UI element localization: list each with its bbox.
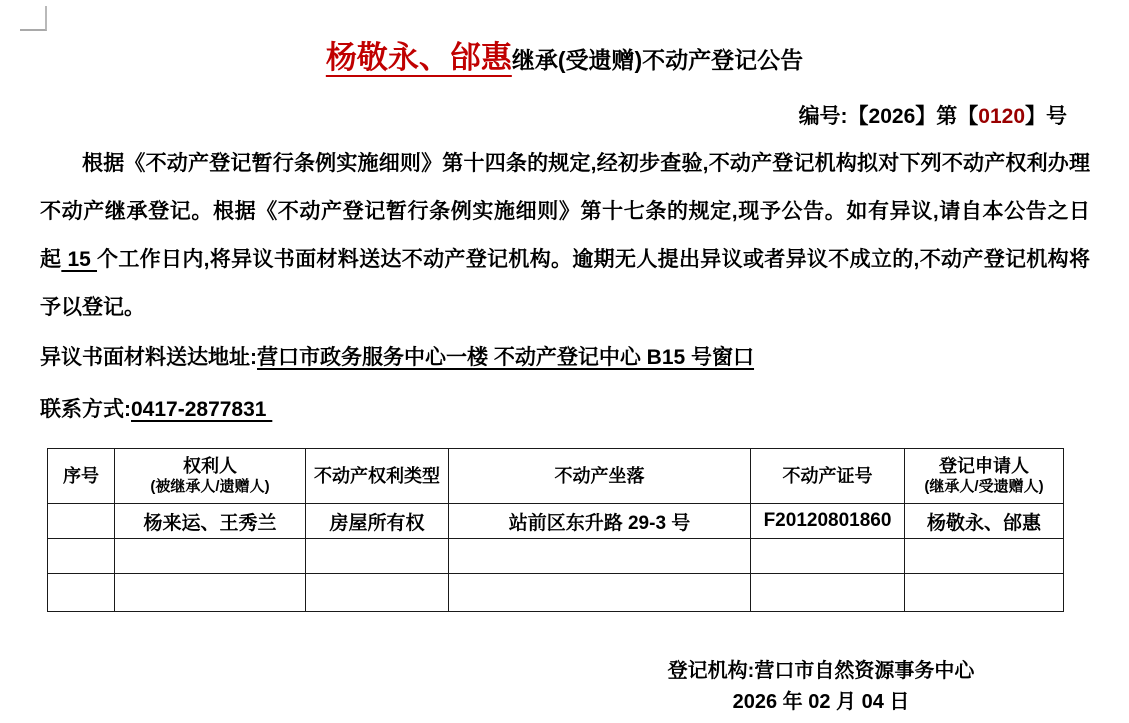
cell-certificate bbox=[751, 539, 905, 574]
cell-applicant bbox=[905, 574, 1064, 612]
contact-label: 联系方式: bbox=[40, 398, 131, 421]
cell-applicant bbox=[905, 539, 1064, 574]
header-right-type: 不动产权利类型 bbox=[306, 449, 449, 504]
footer-date: 2026 年 02 月 04 日 bbox=[565, 687, 1077, 718]
title-heir-names: 杨敬永、邰惠 bbox=[326, 40, 512, 75]
cell-serial bbox=[48, 574, 115, 612]
cell-location bbox=[449, 539, 751, 574]
notice-body-paragraph: 根据《不动产登记暂行条例实施细则》第十四条的规定,经初步查验,不动产登记机构拟对… bbox=[40, 140, 1090, 332]
cell-location bbox=[449, 574, 751, 612]
cell-serial bbox=[48, 504, 115, 539]
cell-certificate: F20120801860 bbox=[751, 504, 905, 539]
address-label: 异议书面材料送达地址: bbox=[40, 346, 257, 369]
header-property-location: 不动产坐落 bbox=[449, 449, 751, 504]
contact-value: 0417-2877831 bbox=[131, 398, 272, 421]
cell-location: 站前区东升路 29-3 号 bbox=[449, 504, 751, 539]
text-boundary-corner-mark bbox=[20, 6, 47, 31]
doc-number-suffix: 】号 bbox=[1025, 105, 1067, 128]
table-row bbox=[48, 574, 1064, 612]
cell-right-type: 房屋所有权 bbox=[306, 504, 449, 539]
notice-document-page: 杨敬永、邰惠继承(受遗赠)不动产登记公告 编号:【2026】第【0120】号 根… bbox=[0, 0, 1129, 723]
contact-line: 联系方式:0417-2877831 bbox=[40, 384, 1090, 436]
cell-certificate bbox=[751, 574, 905, 612]
doc-number-line: 编号:【2026】第【0120】号 bbox=[0, 100, 1129, 130]
doc-number-value: 0120 bbox=[978, 105, 1025, 128]
cell-right-type bbox=[306, 539, 449, 574]
page-title: 杨敬永、邰惠继承(受遗赠)不动产登记公告 bbox=[0, 38, 1129, 84]
cell-right-holder: 杨来运、王秀兰 bbox=[115, 504, 306, 539]
objection-days-value: 15 bbox=[61, 248, 97, 271]
header-right-holder: 权利人(被继承人/遗赠人) bbox=[115, 449, 306, 504]
registration-table: 序号 权利人(被继承人/遗赠人) 不动产权利类型 不动产坐落 不动产证号 登记申… bbox=[47, 448, 1064, 612]
cell-applicant: 杨敬永、邰惠 bbox=[905, 504, 1064, 539]
table-header-row: 序号 权利人(被继承人/遗赠人) 不动产权利类型 不动产坐落 不动产证号 登记申… bbox=[48, 449, 1064, 504]
cell-right-holder bbox=[115, 574, 306, 612]
cell-right-type bbox=[306, 574, 449, 612]
header-applicant: 登记申请人(继承人/受遗赠人) bbox=[905, 449, 1064, 504]
doc-number-prefix: 编号:【2026】第【 bbox=[799, 105, 979, 128]
address-value: 营口市政务服务中心一楼 不动产登记中心 B15 号窗口 bbox=[257, 346, 754, 369]
footer-agency: 登记机构:营口市自然资源事务中心 bbox=[565, 656, 1077, 687]
header-serial-number: 序号 bbox=[48, 449, 115, 504]
table-row: 杨来运、王秀兰 房屋所有权 站前区东升路 29-3 号 F20120801860… bbox=[48, 504, 1064, 539]
footer-block: 登记机构:营口市自然资源事务中心 2026 年 02 月 04 日 bbox=[565, 656, 1077, 718]
table-row bbox=[48, 539, 1064, 574]
body-after-days: 个工作日内,将异议书面材料送达不动产登记机构。逾期无人提出异议或者异议不成立的,… bbox=[40, 248, 1090, 319]
address-line: 异议书面材料送达地址:营口市政务服务中心一楼 不动产登记中心 B15 号窗口 bbox=[40, 332, 1090, 384]
cell-right-holder bbox=[115, 539, 306, 574]
title-suffix: 继承(受遗赠)不动产登记公告 bbox=[512, 47, 803, 73]
header-certificate-number: 不动产证号 bbox=[751, 449, 905, 504]
cell-serial bbox=[48, 539, 115, 574]
